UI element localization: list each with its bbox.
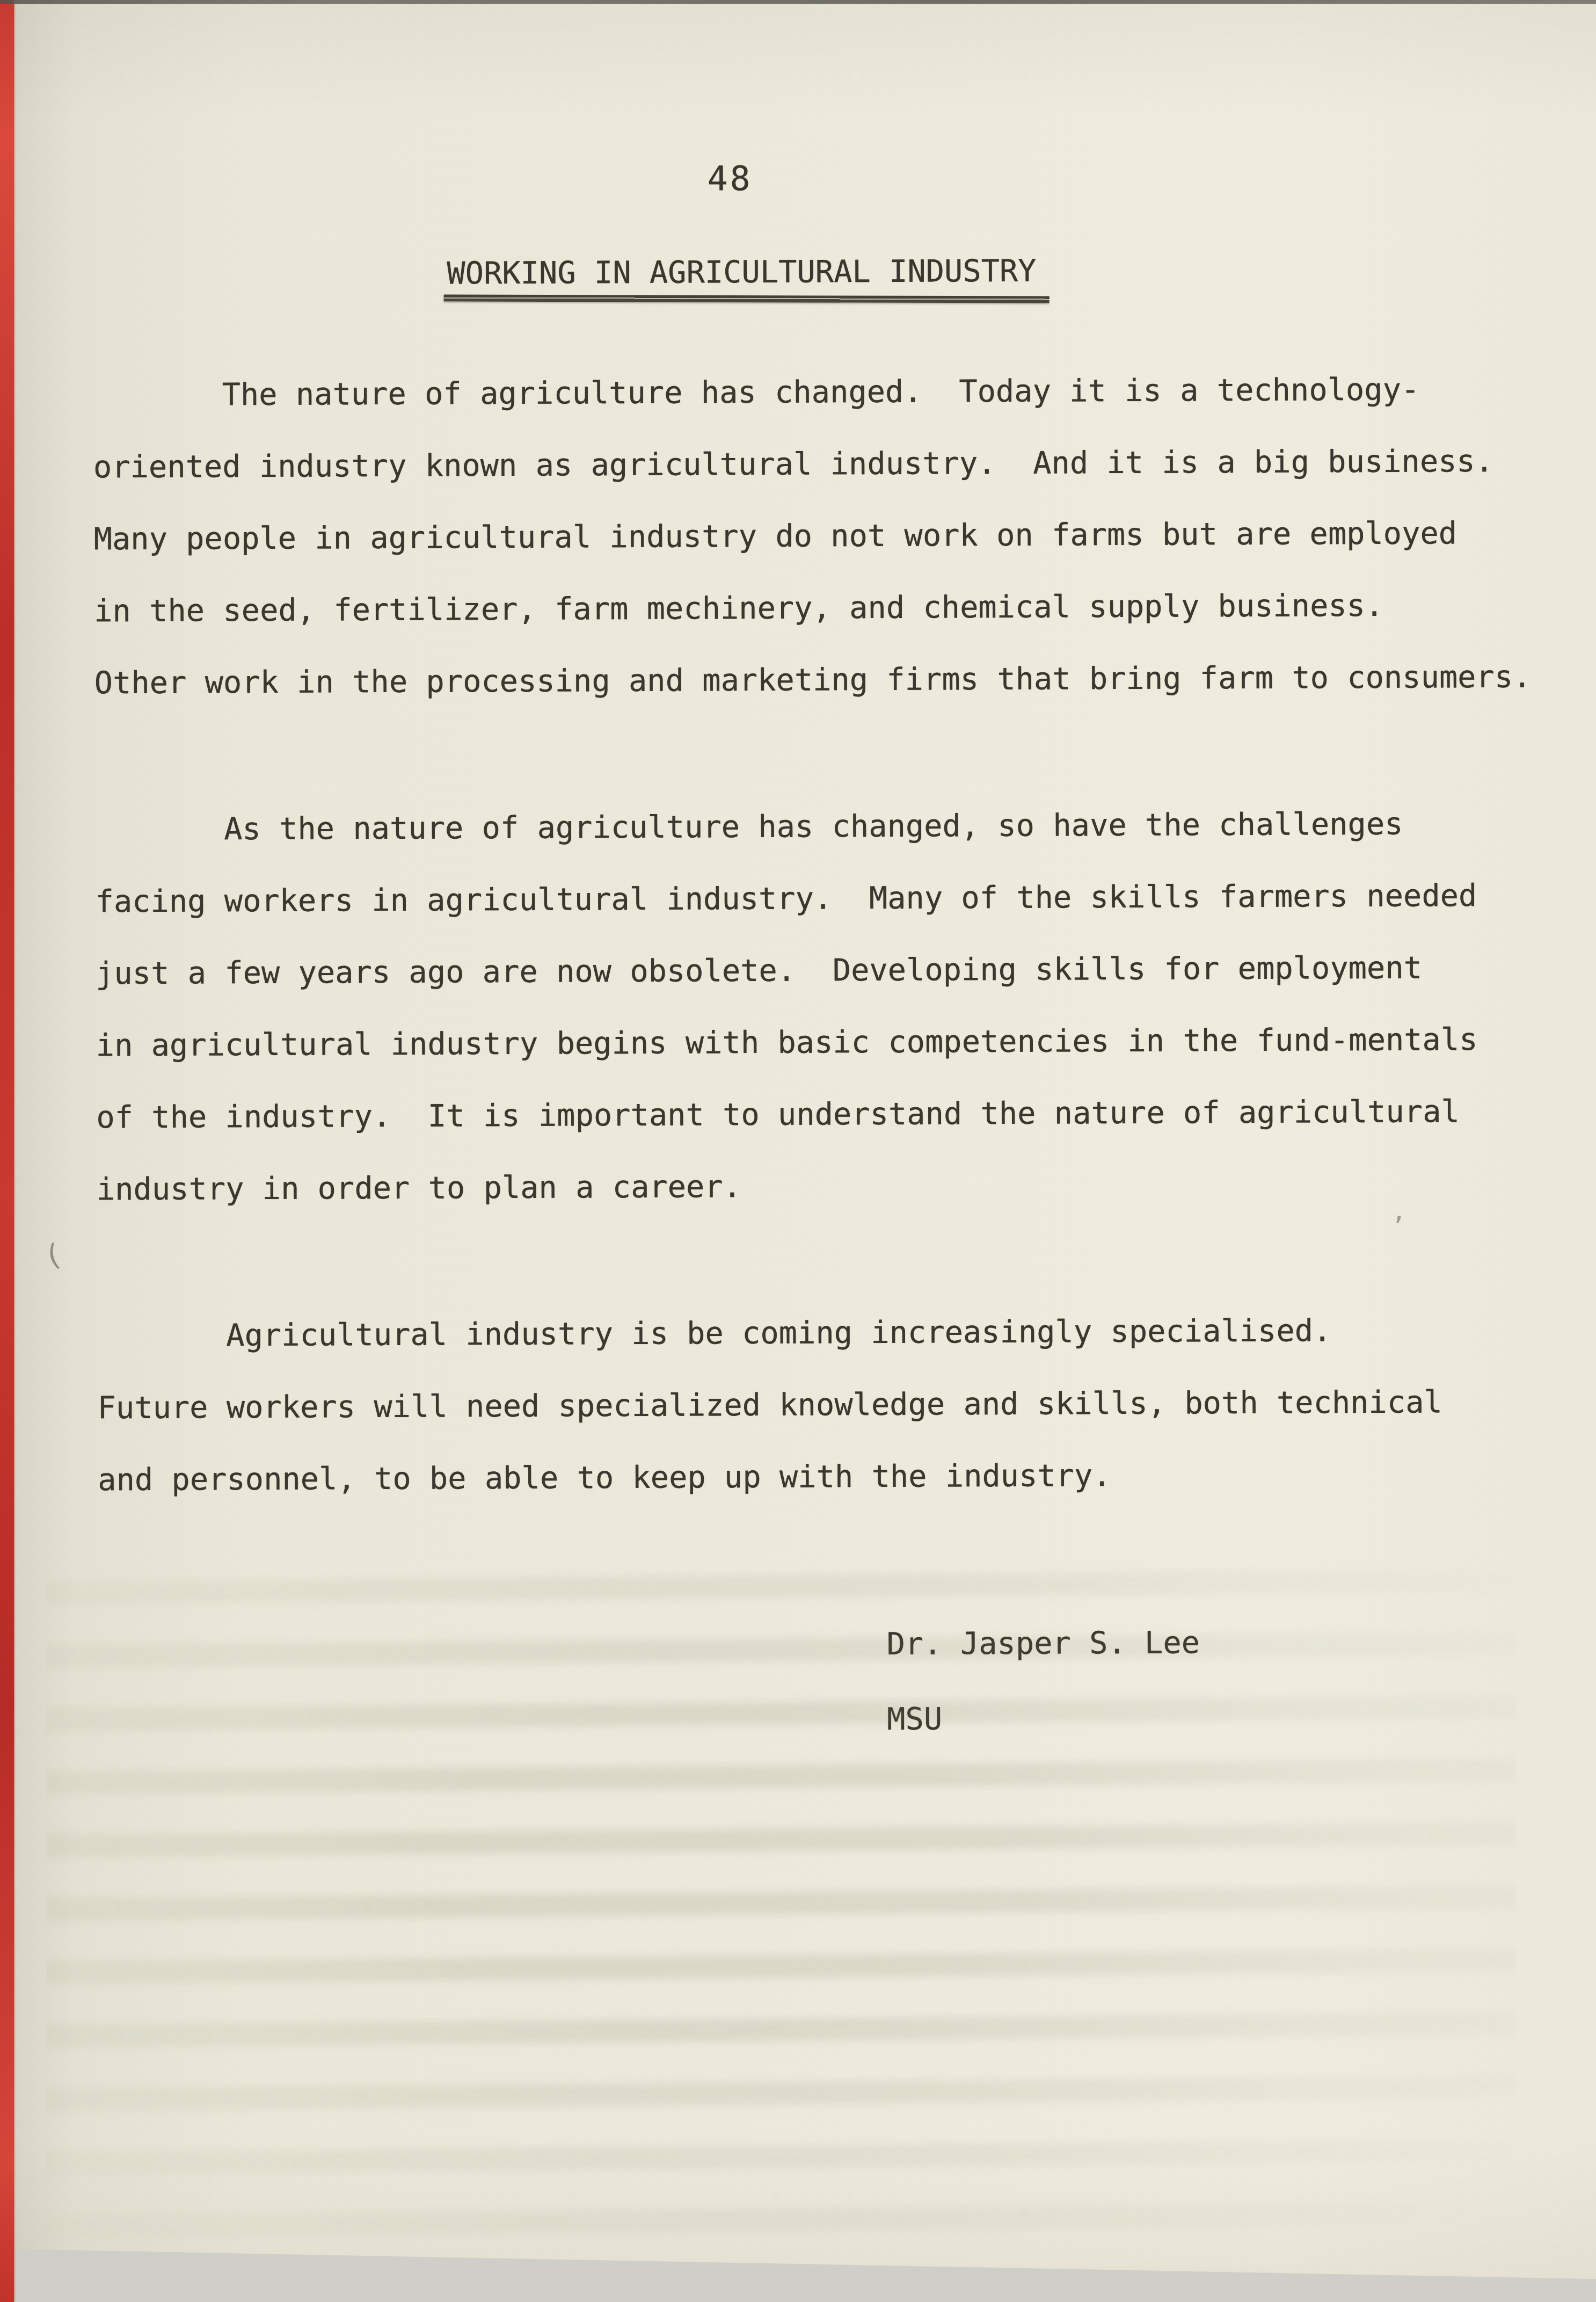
book-edge-red-stripe (0, 0, 14, 2302)
text-line: and personnel, to be able to keep up wit… (98, 1437, 1580, 1516)
stray-scan-mark: ( (41, 1237, 65, 1274)
page-title: WORKING IN AGRICULTURAL INDUSTRY (447, 253, 1036, 292)
document-body: The nature of agriculture has changed. T… (93, 353, 1580, 1760)
bleed-through-text (46, 1552, 1517, 2298)
scan-top-edge (0, 0, 1596, 4)
page-number: 48 (708, 159, 753, 198)
text-line: in agricultural industry begins with bas… (96, 1003, 1578, 1081)
text-line: facing workers in agricultural industry.… (95, 859, 1577, 938)
text-line: Future workers will need specialized kno… (97, 1366, 1579, 1444)
text-line: of the industry. It is important to unde… (96, 1075, 1578, 1153)
text-line: just a few years ago are now obsolete. D… (96, 931, 1578, 1010)
title-underline (444, 295, 1050, 303)
text-line: Many people in agricultural industry do … (93, 497, 1576, 575)
text-line: As the nature of agriculture has changed… (95, 787, 1577, 866)
text-line: in the seed, fertilizer, farm mechinery,… (94, 569, 1576, 647)
stray-scan-mark: ’ (1390, 1212, 1406, 1242)
paragraph-3: Agricultural industry is be coming incre… (97, 1294, 1580, 1516)
text-line: industry in order to plan a career. (97, 1147, 1579, 1225)
paragraph-1: The nature of agriculture has changed. T… (93, 353, 1576, 719)
text-line: oriented industry known as agricultural … (93, 425, 1576, 503)
text-line: Other work in the processing and marketi… (94, 641, 1576, 719)
text-line: The nature of agriculture has changed. T… (93, 353, 1575, 431)
text-line: Agricultural industry is be coming incre… (97, 1294, 1579, 1372)
paragraph-2: As the nature of agriculture has changed… (95, 787, 1578, 1225)
paper-sheet: 48 WORKING IN AGRICULTURAL INDUSTRY The … (14, 3, 1596, 2302)
scanned-document-page: 48 WORKING IN AGRICULTURAL INDUSTRY The … (0, 0, 1596, 2302)
